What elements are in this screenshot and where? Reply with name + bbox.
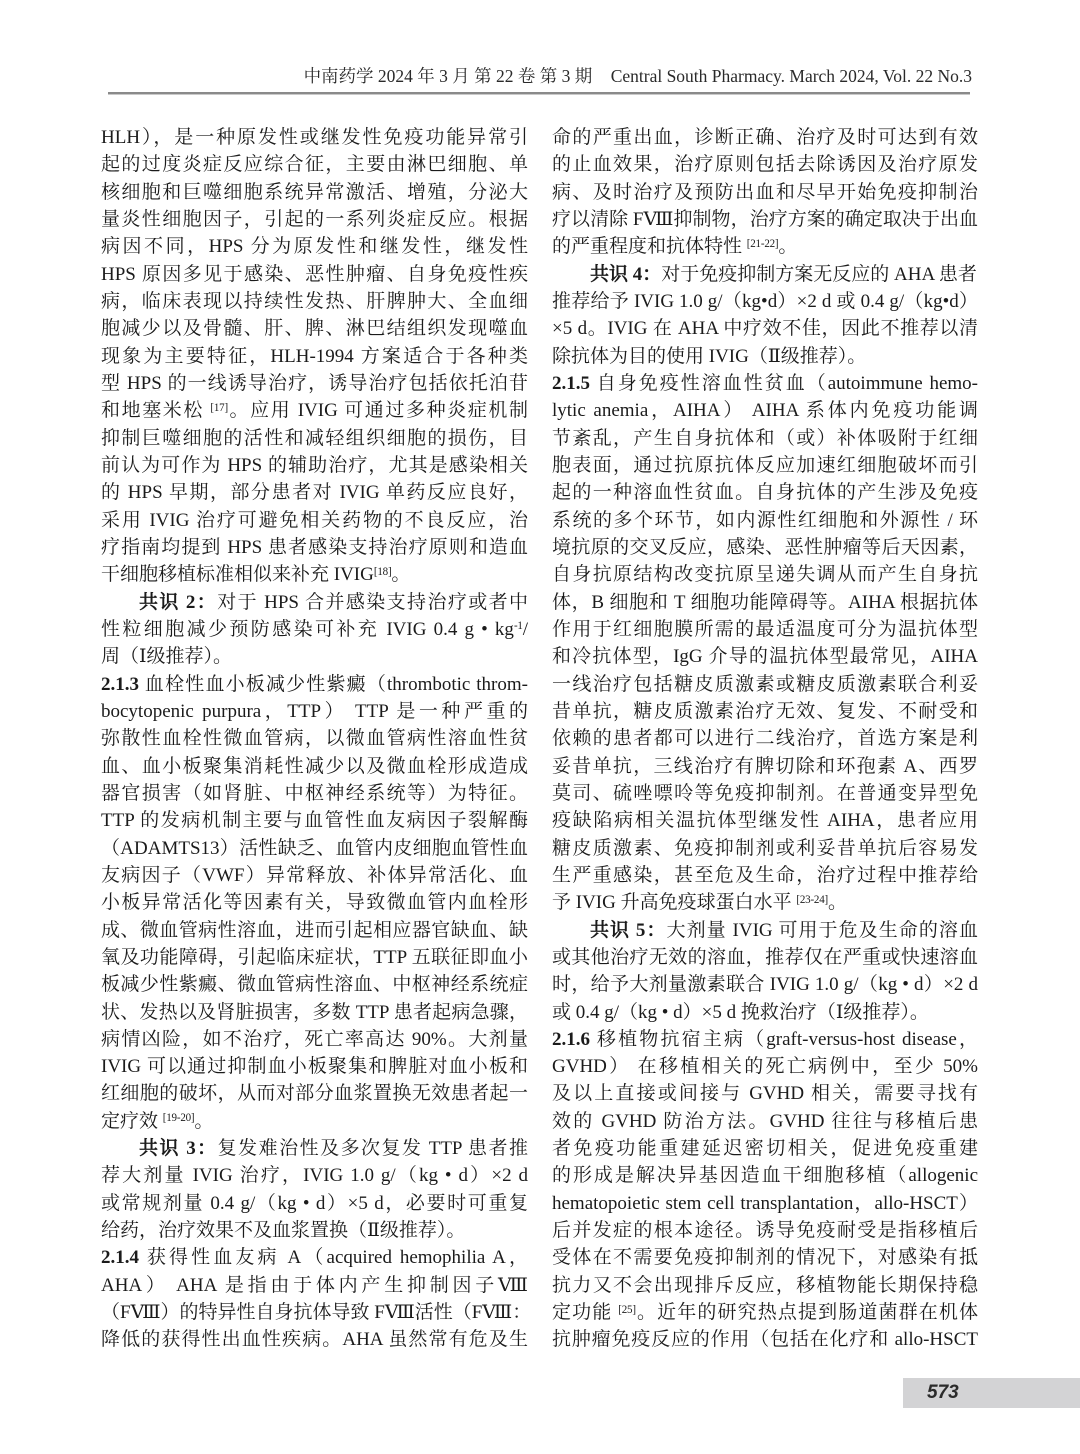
text-line: 2.1.3 血栓性血小板减少性紫癜（thrombotic throm- [101,671,528,698]
text-line: 现象为主要特征，HLH-1994 方案适合于各种类 [101,343,528,370]
text-line: 受体在不需要免疫抑制剂的情况下，对感染有抵 [552,1244,978,1271]
text-line: 的止血效果，治疗原则包括去除诱因及治疗原发 [552,151,978,178]
text-segment: / [523,619,528,640]
text-line: 氧及功能障碍，引起临床症状，TTP 五联征即血小 [101,944,528,971]
text-segment: 胞减少以及骨髓、肝、脾、淋巴结组织发现噬血 [101,318,528,339]
text-segment: 疗以清除 FⅧ抑制物，治疗方案的确定取决于出血 [552,209,978,230]
text-line: 型 HPS 的一线诱导治疗，诱导治疗包括依托泊苷 [101,370,528,397]
text-segment: 糖皮质激素、免疫抑制剂或利妥昔单抗后容易发 [552,838,978,859]
text-line: 前认为可作为 HPS 的辅助治疗，尤其是感染相关 [101,452,528,479]
text-segment: 周（Ⅰ级推荐）。 [101,646,232,667]
text-segment: 境抗原的交叉反应，感染、恶性肿瘤等后天因素， [552,537,978,558]
text-line: 抗力又不会出现排斥反应，移植物能长期保持稳 [552,1272,978,1299]
text-line: 或 0.4 g/（kg • d）×5 d 挽救治疗（Ⅰ级推荐）。 [552,999,978,1026]
text-line: TTP 的发病机制主要与血管性血友病因子裂解酶 [101,807,528,834]
text-segment: IVIG 可以通过抑制血小板聚集和脾脏对血小板和 [101,1056,528,1077]
text-segment: 型 HPS 的一线诱导治疗，诱导治疗包括依托泊苷 [101,373,528,394]
page-number: 573 [903,1378,959,1408]
text-line: ×5 d。IVIG 在 AHA 中疗效不佳，因此不推荐以清 [552,315,978,342]
text-segment: 和地塞米松 [101,400,210,421]
text-line: （FⅧ）的特异性自身抗体导致 FⅧ活性（FⅧ：C） [101,1299,528,1326]
text-segment: 和冷抗体型，IgG 介导的温抗体型最常见，AIHA [552,646,978,667]
text-segment: TTP 的发病机制主要与血管性血友病因子裂解酶 [101,810,528,831]
text-line: 妥昔单抗，三线治疗有脾切除和环孢素 A、西罗 [552,753,978,780]
text-segment: 给药，治疗效果不及血浆置换（Ⅱ级推荐）。 [101,1220,465,1241]
text-segment: （FⅧ）的特异性自身抗体导致 FⅧ活性（FⅧ：C） [101,1302,528,1323]
text-line: 板减少性紫癜、微血管病性溶血、中枢神经系统症 [101,971,528,998]
text-segment: 获得性血友病 A（acquired hemophilia A， [139,1247,528,1268]
bold-label: 2.1.5 [552,373,590,394]
page-header: 中南药学 2024 年 3 月 第 22 卷 第 3 期 Central Sou… [108,63,972,88]
text-line: 2.1.5 自身免疫性溶血性贫血（autoimmune hemo- [552,370,978,397]
text-segment: 状、发热以及肾脏损害，多数 TTP 患者起病急骤， [101,1002,528,1023]
text-segment: 作用于红细胞膜所需的最适温度可分为温抗体型 [552,619,978,640]
text-line: 共识 4：对于免疫抑制方案无反应的 AHA 患者， [552,261,978,288]
text-line: 周（Ⅰ级推荐）。 [101,643,528,670]
text-line: 的形成是解决异基因造血干细胞移植（allogenic [552,1162,978,1189]
text-line: 和冷抗体型，IgG 介导的温抗体型最常见，AIHA [552,643,978,670]
text-line: 自身抗原结构改变抗原呈递失调从而产生自身抗 [552,561,978,588]
text-line: 状、发热以及肾脏损害，多数 TTP 患者起病急骤， [101,999,528,1026]
text-line: 定疗效 [19-20]。 [101,1108,528,1135]
text-line: 共识 2：对于 HPS 合并感染支持治疗或者中 [101,589,528,616]
text-segment: 昔单抗，糖皮质激素治疗无效、复发、不耐受和 [552,701,978,722]
text-line: 量炎性细胞因子，引起的一系列炎症反应。根据 [101,206,528,233]
text-segment: 及以上直接或间接与 GVHD 相关，需要寻找有 [552,1083,978,1104]
text-line: 作用于红细胞膜所需的最适温度可分为温抗体型 [552,616,978,643]
text-line: 成、微血管病性溶血，进而引起相应器官缺血、缺 [101,917,528,944]
text-line: HLH），是一种原发性或继发性免疫功能异常引 [101,124,528,151]
text-segment: 采用 IVIG 治疗可避免相关药物的不良反应，治 [101,510,528,531]
text-line: 或其他治疗无效的溶血，推荐仅在严重或快速溶血 [552,944,978,971]
text-segment: 除抗体为目的使用 IVIG（Ⅱ级推荐）。 [552,346,866,367]
text-line: 时，给予大剂量激素联合 IVIG 1.0 g/（kg • d）×2 d [552,971,978,998]
text-line: 节紊乱，产生自身抗体和（或）补体吸附于红细 [552,425,978,452]
text-segment: 。近年的研究热点提到肠道菌群在机体 [636,1302,978,1323]
text-line: 降低的获得性出血性疾病。AHA 虽然常有危及生 [101,1326,528,1353]
text-segment: 予 IVIG 升高免疫球蛋白水平 [552,892,796,913]
text-segment: 前认为可作为 HPS 的辅助治疗，尤其是感染相关 [101,455,528,476]
text-segment: 的止血效果，治疗原则包括去除诱因及治疗原发 [552,154,978,175]
text-segment: 者免疫功能重建延迟密切相关，促进免疫重建 [552,1138,978,1159]
text-segment: 系统的多个环节，如内源性红细胞和外源性 / 环 [552,510,978,531]
text-segment: 依赖的患者都可以进行二线治疗，首选方案是利 [552,728,978,749]
text-line: 2.1.6 移植物抗宿主病（graft-versus-host disease， [552,1026,978,1053]
text-line: 采用 IVIG 治疗可避免相关药物的不良反应，治 [101,507,528,534]
text-line: 器官损害（如肾脏、中枢神经系统等）为特征。 [101,780,528,807]
text-line: 效的 GVHD 防治方法。GVHD 往往与移植后患 [552,1108,978,1135]
text-line: 性粒细胞减少预防感染可补充 IVIG 0.4 g • kg-1/ [101,616,528,643]
text-segment: 红细胞的破坏，从而对部分血浆置换无效患者起一 [101,1083,528,1104]
text-segment: 定功能 [552,1302,618,1323]
bold-label: 共识 5： [590,920,667,941]
text-segment: AHA） AHA 是指由于体内产生抑制因子Ⅷ [101,1275,528,1296]
bold-label: 2.1.4 [101,1247,139,1268]
text-segment: GVHD） 在移植相关的死亡病例中，至少 50% [552,1056,978,1077]
text-segment: 器官损害（如肾脏、中枢神经系统等）为特征。 [101,783,528,804]
bold-label: 共识 3： [139,1138,218,1159]
text-segment: 病，临床表现以持续性发热、肝脾肿大、全血细 [101,291,528,312]
text-segment: 病情凶险，如不治疗，死亡率高达 90%。大剂量 [101,1029,528,1050]
text-segment: 血、血小板聚集消耗性减少以及微血栓形成造成 [101,756,528,777]
text-segment: 起的一种溶血性贫血。自身抗体的产生涉及免疫 [552,482,978,503]
text-segment: 莫司、硫唑嘌呤等免疫抑制剂。在普通变异型免 [552,783,978,804]
text-segment: 血栓性血小板减少性紫癜（thrombotic throm- [139,674,528,695]
text-line: 弥散性血栓性微血管病，以微血管病性溶血性贫 [101,725,528,752]
text-line: 血、血小板聚集消耗性减少以及微血栓形成造成 [101,753,528,780]
text-line: 病，临床表现以持续性发热、肝脾肿大、全血细 [101,288,528,315]
text-line: bocytopenic purpura，TTP） TTP 是一种严重的 [101,698,528,725]
text-segment: 氧及功能障碍，引起临床症状，TTP 五联征即血小 [101,947,528,968]
text-segment: 妥昔单抗，三线治疗有脾切除和环孢素 A、西罗 [552,756,978,777]
page-number-box: 573 [903,1378,1080,1408]
text-segment: 小板异常活化等因素有关，导致微血管内血栓形 [101,892,528,913]
header-rule [108,92,970,95]
text-segment: 推荐给予 IVIG 1.0 g/（kg•d）×2 d 或 0.4 g/（kg•d… [552,291,978,312]
text-line: 一线治疗包括糖皮质激素或糖皮质激素联合利妥 [552,671,978,698]
text-line: 核细胞和巨噬细胞系统异常激活、增殖，分泌大 [101,179,528,206]
text-segment: 生严重感染，甚至危及生命，治疗过程中推荐给 [552,865,978,886]
text-segment: 现象为主要特征，HLH-1994 方案适合于各种类 [101,346,528,367]
text-segment: 的 HPS 早期，部分患者对 IVIG 单药反应良好， [101,482,528,503]
text-line: 2.1.4 获得性血友病 A（acquired hemophilia A， [101,1244,528,1271]
text-line: 抗肿瘤免疫反应的作用（包括在化疗和 allo-HSCT [552,1326,978,1353]
text-segment: 量炎性细胞因子，引起的一系列炎症反应。根据 [101,209,528,230]
text-line: 红细胞的破坏，从而对部分血浆置换无效患者起一 [101,1080,528,1107]
text-segment: ×5 d。IVIG 在 AHA 中疗效不佳，因此不推荐以清 [552,318,978,339]
bold-label: 2.1.3 [101,674,139,695]
text-segment: 对于 HPS 合并感染支持治疗或者中 [217,592,528,613]
text-segment: 或其他治疗无效的溶血，推荐仅在严重或快速溶血 [552,947,978,968]
text-line: 的 HPS 早期，部分患者对 IVIG 单药反应良好， [101,479,528,506]
text-line: 莫司、硫唑嘌呤等免疫抑制剂。在普通变异型免 [552,780,978,807]
text-segment: 体，B 细胞和 T 细胞功能障碍等。AIHA 根据抗体 [552,592,978,613]
text-line: 起的一种溶血性贫血。自身抗体的产生涉及免疫 [552,479,978,506]
text-segment: 抗肿瘤免疫反应的作用（包括在化疗和 allo-HSCT [552,1329,978,1350]
text-segment: 复发难治性及多次复发 TTP 患者推 [218,1138,528,1159]
text-line: 者免疫功能重建延迟密切相关，促进免疫重建 [552,1135,978,1162]
reference-superscript: [21-22] [747,238,779,250]
text-line: 共识 3：复发难治性及多次复发 TTP 患者推 [101,1135,528,1162]
text-segment: 后并发症的根本途径。诱导免疫耐受是指移植后 [552,1220,978,1241]
bold-label: 共识 4： [590,264,661,285]
reference-superscript: [23-24] [796,894,828,906]
text-line: 予 IVIG 升高免疫球蛋白水平 [23-24]。 [552,889,978,916]
text-line: 抑制巨噬细胞的活性和减轻组织细胞的损伤，目 [101,425,528,452]
text-segment: 板减少性紫癜、微血管病性溶血、中枢神经系统症 [101,974,528,995]
text-segment: 核细胞和巨噬细胞系统异常激活、增殖，分泌大 [101,182,528,203]
text-line: 依赖的患者都可以进行二线治疗，首选方案是利 [552,725,978,752]
text-segment: lytic anemia，AIHA） AIHA 系体内免疫功能调 [552,400,978,421]
reference-superscript: [18] [374,566,392,578]
text-line: 胞表面，通过抗原抗体反应加速红细胞破坏而引 [552,452,978,479]
text-line: 推荐给予 IVIG 1.0 g/（kg•d）×2 d 或 0.4 g/（kg•d… [552,288,978,315]
text-segment: 。 [778,236,797,257]
text-line: hematopoietic stem cell transplantation，… [552,1190,978,1217]
text-line: 昔单抗，糖皮质激素治疗无效、复发、不耐受和 [552,698,978,725]
text-line: AHA） AHA 是指由于体内产生抑制因子Ⅷ [101,1272,528,1299]
text-segment: 疫缺陷病相关温抗体型继发性 AIHA，患者应用 [552,810,978,831]
text-segment: 或 0.4 g/（kg • d）×5 d 挽救治疗（Ⅰ级推荐）。 [552,1002,929,1023]
text-line: 共识 5：大剂量 IVIG 可用于危及生命的溶血 [552,917,978,944]
text-line: 干细胞移植标准相似来补充 IVIG[18]。 [101,561,528,588]
text-line: 荐大剂量 IVIG 治疗，IVIG 1.0 g/（kg • d）×2 d [101,1162,528,1189]
text-line: 病因不同，HPS 分为原发性和继发性，继发性 [101,233,528,260]
text-segment: 荐大剂量 IVIG 治疗，IVIG 1.0 g/（kg • d）×2 d [101,1165,528,1186]
reference-superscript: [17] [210,402,228,414]
text-segment: 自身免疫性溶血性贫血（autoimmune hemo- [590,373,978,394]
bold-label: 共识 2： [139,592,217,613]
text-segment: 成、微血管病性溶血，进而引起相应器官缺血、缺 [101,920,528,941]
text-segment: 自身抗原结构改变抗原呈递失调从而产生自身抗 [552,564,978,585]
right-column: 命的严重出血，诊断正确、治疗及时可达到有效的止血效果，治疗原则包括去除诱因及治疗… [552,124,978,1354]
text-line: GVHD） 在移植相关的死亡病例中，至少 50% [552,1053,978,1080]
text-line: 友病因子（VWF）异常释放、补体异常活化、血 [101,862,528,889]
text-line: 命的严重出血，诊断正确、治疗及时可达到有效 [552,124,978,151]
bold-label: 2.1.6 [552,1029,590,1050]
text-line: 的严重程度和抗体特性 [21-22]。 [552,233,978,260]
text-segment: 胞表面，通过抗原抗体反应加速红细胞破坏而引 [552,455,978,476]
text-segment: 。 [391,564,410,585]
text-line: 后并发症的根本途径。诱导免疫耐受是指移植后 [552,1217,978,1244]
text-segment: 抑制巨噬细胞的活性和减轻组织细胞的损伤，目 [101,428,528,449]
text-line: lytic anemia，AIHA） AIHA 系体内免疫功能调 [552,397,978,424]
text-segment: 弥散性血栓性微血管病，以微血管病性溶血性贫 [101,728,528,749]
text-line: 给药，治疗效果不及血浆置换（Ⅱ级推荐）。 [101,1217,528,1244]
text-line: 定功能 [25]。近年的研究热点提到肠道菌群在机体 [552,1299,978,1326]
text-segment: 定疗效 [101,1111,163,1132]
text-segment: 性粒细胞减少预防感染可补充 IVIG 0.4 g • kg [101,619,514,640]
text-segment: 抗力又不会出现排斥反应，移植物能长期保持稳 [552,1275,978,1296]
text-segment: 节紊乱，产生自身抗体和（或）补体吸附于红细 [552,428,978,449]
text-segment: 的形成是解决异基因造血干细胞移植（allogenic [552,1165,978,1186]
text-segment: 友病因子（VWF）异常释放、补体异常活化、血 [101,865,528,886]
text-line: 或常规剂量 0.4 g/（kg • d）×5 d，必要时可重复 [101,1190,528,1217]
journal-title-en: Central South Pharmacy. March 2024, Vol.… [611,66,972,86]
text-line: 生严重感染，甚至危及生命，治疗过程中推荐给 [552,862,978,889]
text-segment: 时，给予大剂量激素联合 IVIG 1.0 g/（kg • d）×2 d [552,974,978,995]
reference-superscript: [19-20] [163,1112,195,1124]
text-segment: 疗指南均提到 HPS 患者感染支持治疗原则和造血 [101,537,528,558]
text-segment: 病、及时治疗及预防出血和尽早开始免疫抑制治 [552,182,978,203]
text-segment: 大剂量 IVIG 可用于危及生命的溶血 [667,920,978,941]
text-line: （ADAMTS13）活性缺乏、血管内皮细胞血管性血 [101,835,528,862]
text-line: 糖皮质激素、免疫抑制剂或利妥昔单抗后容易发 [552,835,978,862]
text-line: 除抗体为目的使用 IVIG（Ⅱ级推荐）。 [552,343,978,370]
text-line: 及以上直接或间接与 GVHD 相关，需要寻找有 [552,1080,978,1107]
text-segment: 。应用 IVIG 可通过多种炎症机制 [228,400,528,421]
journal-title-cn: 中南药学 2024 年 3 月 第 22 卷 第 3 期 [304,66,593,86]
reference-superscript: -1 [514,620,523,632]
text-segment: 。 [828,892,847,913]
text-line: 病、及时治疗及预防出血和尽早开始免疫抑制治 [552,179,978,206]
text-segment: HPS 原因多见于感染、恶性肿瘤、自身免疫性疾 [101,264,528,285]
text-line: 疗以清除 FⅧ抑制物，治疗方案的确定取决于出血 [552,206,978,233]
text-segment: 起的过度炎症反应综合征，主要由淋巴细胞、单 [101,154,528,175]
text-line: 病情凶险，如不治疗，死亡率高达 90%。大剂量 [101,1026,528,1053]
text-segment: 或常规剂量 0.4 g/（kg • d）×5 d，必要时可重复 [101,1193,528,1214]
text-line: HPS 原因多见于感染、恶性肿瘤、自身免疫性疾 [101,261,528,288]
text-segment: 效的 GVHD 防治方法。GVHD 往往与移植后患 [552,1111,978,1132]
text-line: 胞减少以及骨髓、肝、脾、淋巴结组织发现噬血 [101,315,528,342]
text-segment: 。 [194,1111,213,1132]
text-segment: 命的严重出血，诊断正确、治疗及时可达到有效 [552,127,978,148]
left-column: HLH），是一种原发性或继发性免疫功能异常引起的过度炎症反应综合征，主要由淋巴细… [101,124,528,1354]
text-segment: HLH），是一种原发性或继发性免疫功能异常引 [101,127,528,148]
text-line: 疗指南均提到 HPS 患者感染支持治疗原则和造血 [101,534,528,561]
text-line: 小板异常活化等因素有关，导致微血管内血栓形 [101,889,528,916]
text-line: 体，B 细胞和 T 细胞功能障碍等。AIHA 根据抗体 [552,589,978,616]
text-segment: 受体在不需要免疫抑制剂的情况下，对感染有抵 [552,1247,978,1268]
text-line: 起的过度炎症反应综合征，主要由淋巴细胞、单 [101,151,528,178]
text-segment: 病因不同，HPS 分为原发性和继发性，继发性 [101,236,528,257]
text-line: 疫缺陷病相关温抗体型继发性 AIHA，患者应用 [552,807,978,834]
text-segment: （ADAMTS13）活性缺乏、血管内皮细胞血管性血 [101,838,528,859]
text-segment: bocytopenic purpura，TTP） TTP 是一种严重的 [101,701,528,722]
text-segment: 降低的获得性出血性疾病。AHA 虽然常有危及生 [101,1329,528,1350]
text-segment: 移植物抗宿主病（graft-versus-host disease， [590,1029,978,1050]
journal-page: 中南药学 2024 年 3 月 第 22 卷 第 3 期 Central Sou… [0,0,1080,1454]
text-line: IVIG 可以通过抑制血小板聚集和脾脏对血小板和 [101,1053,528,1080]
text-line: 系统的多个环节，如内源性红细胞和外源性 / 环 [552,507,978,534]
text-segment: 干细胞移植标准相似来补充 IVIG [101,564,374,585]
text-segment: hematopoietic stem cell transplantation，… [552,1193,978,1214]
text-segment: 一线治疗包括糖皮质激素或糖皮质激素联合利妥 [552,674,978,695]
reference-superscript: [25] [618,1304,636,1316]
text-line: 境抗原的交叉反应，感染、恶性肿瘤等后天因素， [552,534,978,561]
text-line: 和地塞米松 [17]。应用 IVIG 可通过多种炎症机制 [101,397,528,424]
text-segment: 的严重程度和抗体特性 [552,236,747,257]
text-segment: 对于免疫抑制方案无反应的 AHA 患者， [661,264,978,285]
